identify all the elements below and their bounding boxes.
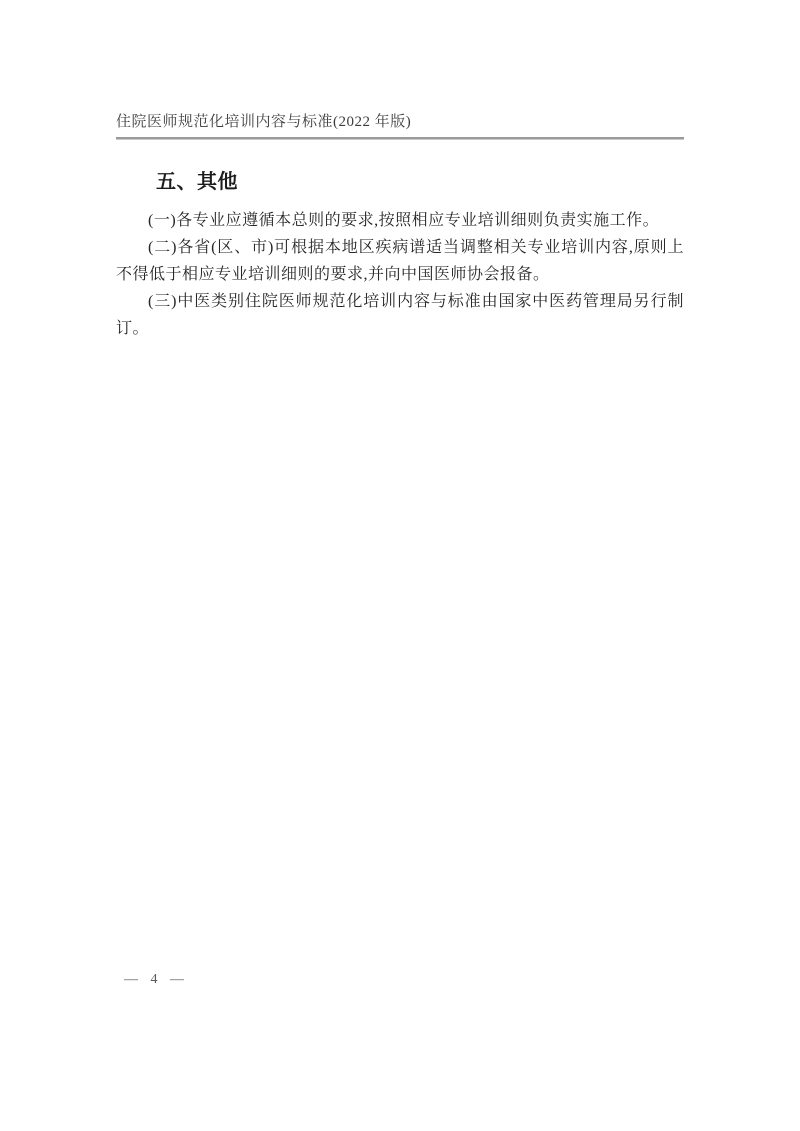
paragraph-3: (三)中医类别住院医师规范化培训内容与标准由国家中医药管理局另行制订。 xyxy=(116,288,684,342)
running-header-title: 住院医师规范化培训内容与标准(2022 年版) xyxy=(116,112,684,132)
page-footer: — 4 — xyxy=(124,972,185,988)
page-number: 4 xyxy=(151,972,159,988)
page-content: 住院医师规范化培训内容与标准(2022 年版) 五、其他 (一)各专业应遵循本总… xyxy=(116,0,684,342)
document-body: 五、其他 (一)各专业应遵循本总则的要求,按照相应专业培训细则负责实施工作。 (… xyxy=(116,170,684,342)
paragraph-1: (一)各专业应遵循本总则的要求,按照相应专业培训细则负责实施工作。 xyxy=(116,207,684,234)
header-divider xyxy=(116,137,684,140)
document-page: 住院医师规范化培训内容与标准(2022 年版) 五、其他 (一)各专业应遵循本总… xyxy=(0,0,800,1131)
footer-right-dash: — xyxy=(170,972,185,988)
section-heading: 五、其他 xyxy=(116,170,684,194)
paragraph-2: (二)各省(区、市)可根据本地区疾病谱适当调整相关专业培训内容,原则上不得低于相… xyxy=(116,234,684,288)
page-header: 住院医师规范化培训内容与标准(2022 年版) xyxy=(116,0,684,140)
footer-left-dash: — xyxy=(124,972,139,988)
